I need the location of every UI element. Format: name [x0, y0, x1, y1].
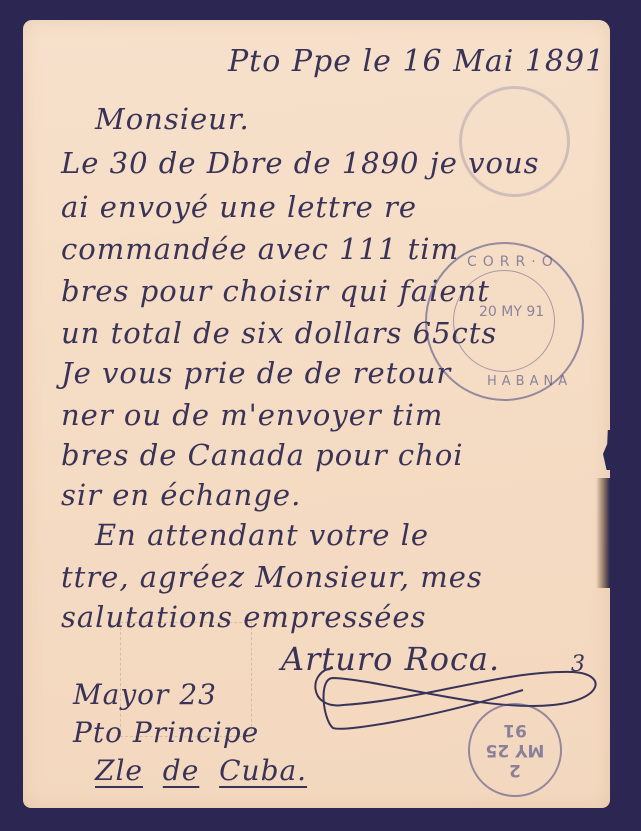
salutation: Monsieur. [95, 102, 250, 136]
arrival-postmark: 2 MY 25 91 [468, 703, 562, 797]
flourish-number: 3 [571, 652, 586, 677]
body-line: commandée avec 111 tim [61, 232, 459, 266]
dateline: Pto Ppe le 16 Mai 1891 [228, 44, 605, 79]
address-word: Zle [95, 754, 143, 787]
body-line: Le 30 de Dbre de 1890 je vous [61, 146, 540, 180]
address-word: de [163, 754, 200, 787]
body-line: ner ou de m'envoyer tim [61, 398, 443, 432]
body-line: bres de Canada pour choi [61, 438, 464, 472]
damaged-edge [596, 478, 610, 588]
address-line-1: Mayor 23 [73, 678, 217, 711]
arrival-line: MY 25 [486, 740, 545, 760]
body-line: bres pour choisir qui faient [61, 274, 490, 308]
departure-postmark: CORR·O 20 MY 91 HABANA [425, 242, 584, 401]
postmark-top-text: CORR·O [467, 254, 559, 270]
address-line-2: Pto Principe [73, 716, 259, 749]
postmark-inner-ring [453, 270, 555, 372]
arrival-line: 91 [503, 720, 527, 740]
signature-flourish [303, 660, 610, 740]
postmark-bottom-text: HABANA [487, 374, 572, 389]
body-line: ai envoyé une lettre re [61, 190, 417, 224]
postcard: Pto Ppe le 16 Mai 1891 Monsieur. Le 30 d… [23, 20, 610, 808]
address-word: Cuba. [219, 754, 307, 787]
body-line: Je vous prie de de retour [61, 356, 451, 390]
faint-postmark [459, 86, 570, 197]
address-line-3: Zle de Cuba. [95, 754, 307, 787]
arrival-line: 2 [509, 760, 521, 780]
body-line: ttre, agréez Monsieur, mes [61, 560, 483, 594]
body-line: sir en échange. [61, 478, 301, 512]
body-line: salutations empressées [61, 600, 426, 634]
postmark-date: 20 MY 91 [479, 304, 544, 320]
body-line: En attendant votre le [95, 518, 429, 552]
